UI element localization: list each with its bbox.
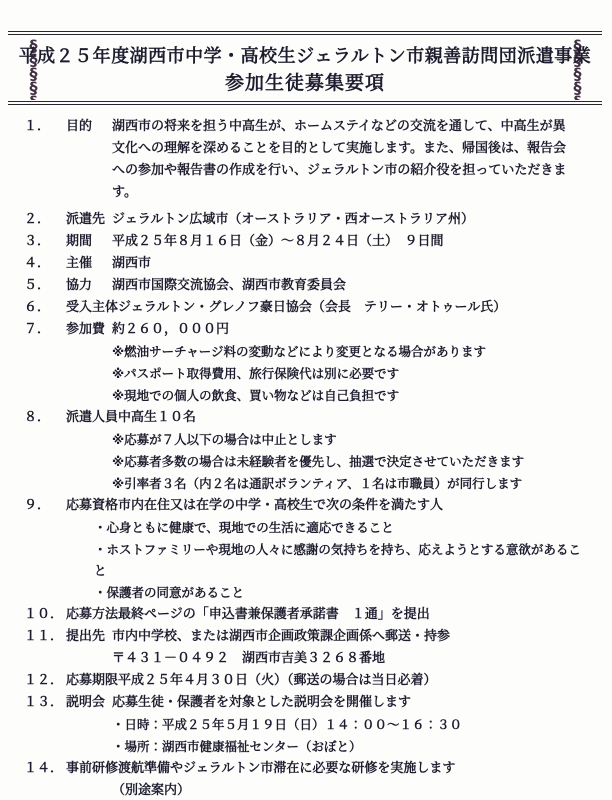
- item-number: １３．: [24, 692, 66, 713]
- item-13-briefing: １３． 説明会 応募生徒・保護者を対象とした説明会を開催します: [0, 692, 612, 713]
- item-1-purpose: １． 目的 湖西市の将来を担う中高生が、ホームステイなどの交流を通して、中高生が…: [0, 116, 612, 204]
- item-9-eligibility: ９． 応募資格 市内在住又は在学の中学・高校生で次の条件を満たす人: [0, 495, 612, 516]
- item-number: ２．: [24, 209, 66, 230]
- item-text: 中高生１０名: [118, 407, 582, 428]
- item-7-note: ※燃油サーチャージ料の変動などにより変更となる場合があります: [112, 341, 612, 362]
- item-number: ６．: [24, 297, 66, 318]
- item-number: ５．: [24, 275, 66, 296]
- item-label: 協力: [66, 275, 112, 296]
- item-number: ９．: [24, 495, 66, 516]
- item-number: １０．: [24, 604, 66, 625]
- item-7-note: ※パスポート取得費用、旅行保険代は別に必要です: [112, 363, 612, 384]
- item-number: ７．: [24, 319, 66, 340]
- item-text: 市内在住又は在学の中学・高校生で次の条件を満たす人: [118, 495, 582, 516]
- item-12-deadline: １２． 応募期限 平成２５年４月３０日（火）（郵送の場合は当日必着）: [0, 670, 612, 691]
- item-number: ３．: [24, 231, 66, 252]
- item-13-location: ・場所：湖西市健康福祉センター（おぼと）: [112, 736, 612, 757]
- item-label: 事前研修: [66, 758, 118, 779]
- item-14-note: （別途案内）: [112, 780, 612, 800]
- item-text: 湖西市の将来を担う中高生が、ホームステイなどの交流を通して、中高生が異文化への理…: [112, 116, 574, 204]
- item-9-condition: ・保護者の同意があること: [94, 582, 612, 603]
- item-8-note: ※応募者多数の場合は未経験者を優先し、抽選で決定させていただきます: [112, 451, 612, 472]
- item-8-note: ※引率者３名（内２名は通訳ボランティア、１名は市職員）が同行します: [112, 473, 612, 494]
- item-text: 最終ページの「申込書兼保護者承諾書 １通」を提出: [118, 604, 582, 625]
- item-5-cooperation: ５． 協力 湖西市国際交流協会、湖西市教育委員会: [0, 275, 612, 296]
- item-label: 派遣人員: [66, 407, 118, 428]
- item-10-application-method: １０． 応募方法 最終ページの「申込書兼保護者承諾書 １通」を提出: [0, 604, 612, 625]
- item-label: 応募方法: [66, 604, 118, 625]
- item-8-note: ※応募が７人以下の場合は中止とします: [112, 429, 612, 450]
- item-label: 派遣先: [66, 209, 112, 230]
- item-number: １４．: [24, 758, 66, 779]
- item-text: 平成２５年８月１６日（金）～８月２４日（土） ９日間: [112, 231, 582, 252]
- item-number: ４．: [24, 253, 66, 274]
- item-label: 目的: [66, 116, 112, 137]
- item-label: 提出先: [66, 626, 112, 647]
- item-label: 主催: [66, 253, 112, 274]
- item-8-participants: ８． 派遣人員 中高生１０名: [0, 407, 612, 428]
- item-label: 期間: [66, 231, 112, 252]
- item-2-destination: ２． 派遣先 ジェラルトン広域市（オーストラリア・西オーストラリア州）: [0, 209, 612, 230]
- item-number: １２．: [24, 670, 66, 691]
- item-text: 渡航準備やジェラルトン市滞在に必要な研修を実施します: [118, 758, 582, 779]
- item-label: 参加費: [66, 319, 112, 340]
- item-label: 応募期限: [66, 670, 118, 691]
- document-body: １． 目的 湖西市の将来を担う中高生が、ホームステイなどの交流を通して、中高生が…: [0, 116, 612, 800]
- item-label: 応募資格: [66, 495, 118, 516]
- item-text: ジェラルトン・グレノフ豪日協会（会長 テリー・オトゥール氏）: [118, 297, 582, 318]
- item-text: 湖西市: [112, 253, 582, 274]
- item-text: 応募生徒・保護者を対象とした説明会を開催します: [112, 692, 582, 713]
- item-text: 約２６０，０００円: [112, 319, 582, 340]
- item-7-fee: ７． 参加費 約２６０，０００円: [0, 319, 612, 340]
- item-9-condition: ・心身ともに健康で、現地での生活に適応できること: [94, 517, 612, 538]
- item-text: 市内中学校、または湖西市企画政策課企画係へ郵送・持参: [112, 626, 582, 647]
- item-14-training: １４． 事前研修 渡航準備やジェラルトン市滞在に必要な研修を実施します: [0, 758, 612, 779]
- item-3-period: ３． 期間 平成２５年８月１６日（金）～８月２４日（土） ９日間: [0, 231, 612, 252]
- document-title: 平成２５年度湖西市中学・高校生ジェラルトン市親善訪問団派遣事業: [19, 42, 592, 68]
- item-label: 受入主体: [66, 297, 118, 318]
- document-subtitle: 参加生徒募集要項: [225, 68, 385, 95]
- item-number: １１．: [24, 626, 66, 647]
- item-6-host: ６． 受入主体 ジェラルトン・グレノフ豪日協会（会長 テリー・オトゥール氏）: [0, 297, 612, 318]
- item-9-condition: ・ホストファミリーや現地の人々に感謝の気持ちを持ち、応えようとする意欲があること: [94, 539, 612, 581]
- item-text: ジェラルトン広域市（オーストラリア・西オーストラリア州）: [112, 209, 582, 230]
- item-7-note: ※現地での個人の飲食、買い物などは自己負担です: [112, 385, 612, 406]
- item-4-organizer: ４． 主催 湖西市: [0, 253, 612, 274]
- item-11-submission: １１． 提出先 市内中学校、または湖西市企画政策課企画係へ郵送・持参: [0, 626, 612, 647]
- banner-text: 平成２５年度湖西市中学・高校生ジェラルトン市親善訪問団派遣事業 参加生徒募集要項: [8, 35, 602, 101]
- item-number: １．: [24, 116, 66, 137]
- item-13-datetime: ・日時：平成２５年５月１９日（日）１４：００～１６：３０: [112, 714, 612, 735]
- item-number: ８．: [24, 407, 66, 428]
- item-text: 湖西市国際交流協会、湖西市教育委員会: [112, 275, 582, 296]
- item-11-address: 〒４３１－０４９２ 湖西市吉美３２６８番地: [112, 648, 612, 669]
- title-banner: §§§§§§ §§§§§§ 平成２５年度湖西市中学・高校生ジェラルトン市親善訪問…: [8, 31, 602, 105]
- scanned-document-page: §§§§§§ §§§§§§ 平成２５年度湖西市中学・高校生ジェラルトン市親善訪問…: [0, 0, 612, 800]
- item-text: 平成２５年４月３０日（火）（郵送の場合は当日必着）: [118, 670, 582, 691]
- item-label: 説明会: [66, 692, 112, 713]
